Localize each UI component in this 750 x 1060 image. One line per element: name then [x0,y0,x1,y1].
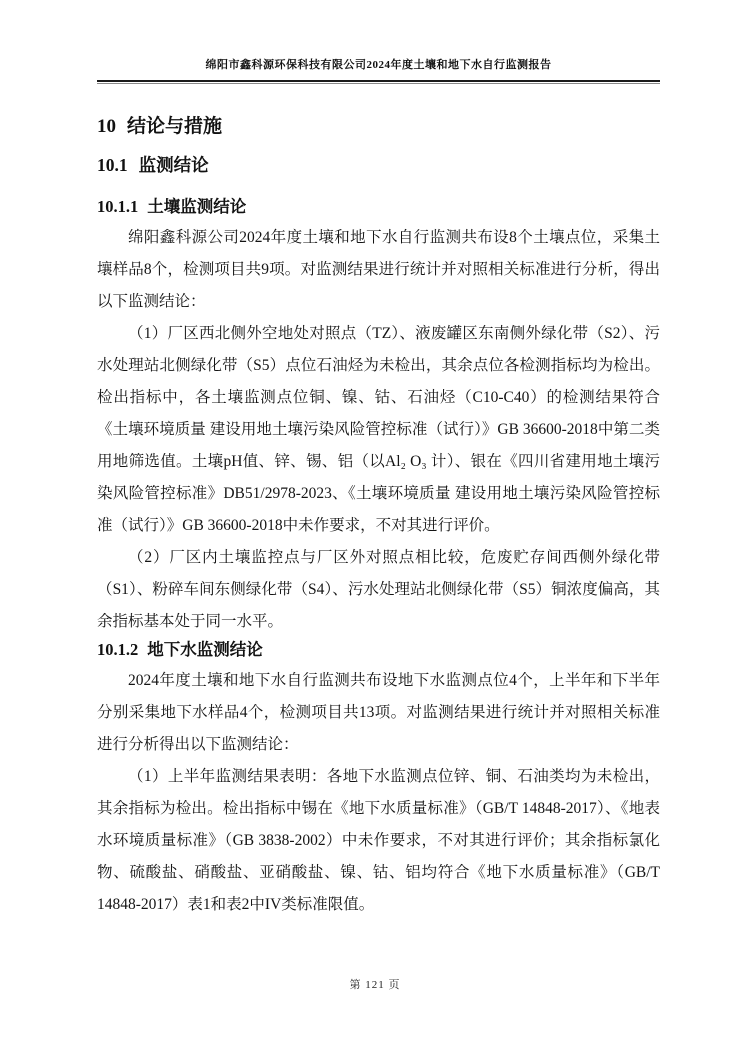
paragraph-groundwater-conclusion-1: （1）上半年监测结果表明：各地下水监测点位锌、铜、石油类均为未检出，其余指标为检… [97,761,660,921]
subsection-heading-soil: 10.1.1土壤监测结论 [97,195,660,218]
subsection-heading-groundwater: 10.1.2地下水监测结论 [97,638,660,661]
section-number: 10.1 [97,155,128,175]
subsection-title: 土壤监测结论 [147,197,246,216]
paragraph-soil-conclusion-1: （1）厂区西北侧外空地处对照点（TZ）、液废罐区东南侧外绿化带（S2）、污水处理… [97,318,660,542]
paragraph-groundwater-intro: 2024年度土壤和地下水自行监测共布设地下水监测点位4个，上半年和下半年分别采集… [97,665,660,761]
chapter-number: 10 [97,116,116,137]
page-number-footer: 第 121 页 [0,976,750,992]
header-divider-rule [97,80,660,84]
subsection-number: 10.1.1 [97,197,138,216]
section-heading: 10.1监测结论 [97,153,660,177]
section-title: 监测结论 [139,155,209,175]
chapter-title: 结论与措施 [127,116,222,137]
chapter-heading: 10结论与措施 [97,113,660,140]
page-header-title: 绵阳市鑫科源环保科技有限公司2024年度土壤和地下水自行监测报告 [97,58,660,73]
paragraph-soil-intro: 绵阳鑫科源公司2024年度土壤和地下水自行监测共布设8个土壤点位，采集土壤样品8… [97,222,660,318]
paragraph-soil-conclusion-2: （2）厂区内土壤监控点与厂区外对照点相比较，危废贮存间西侧外绿化带（S1）、粉碎… [97,542,660,638]
subsection-title: 地下水监测结论 [147,640,263,659]
report-page: 绵阳市鑫科源环保科技有限公司2024年度土壤和地下水自行监测报告 10结论与措施… [0,0,750,1060]
subsection-number: 10.1.2 [97,640,138,659]
